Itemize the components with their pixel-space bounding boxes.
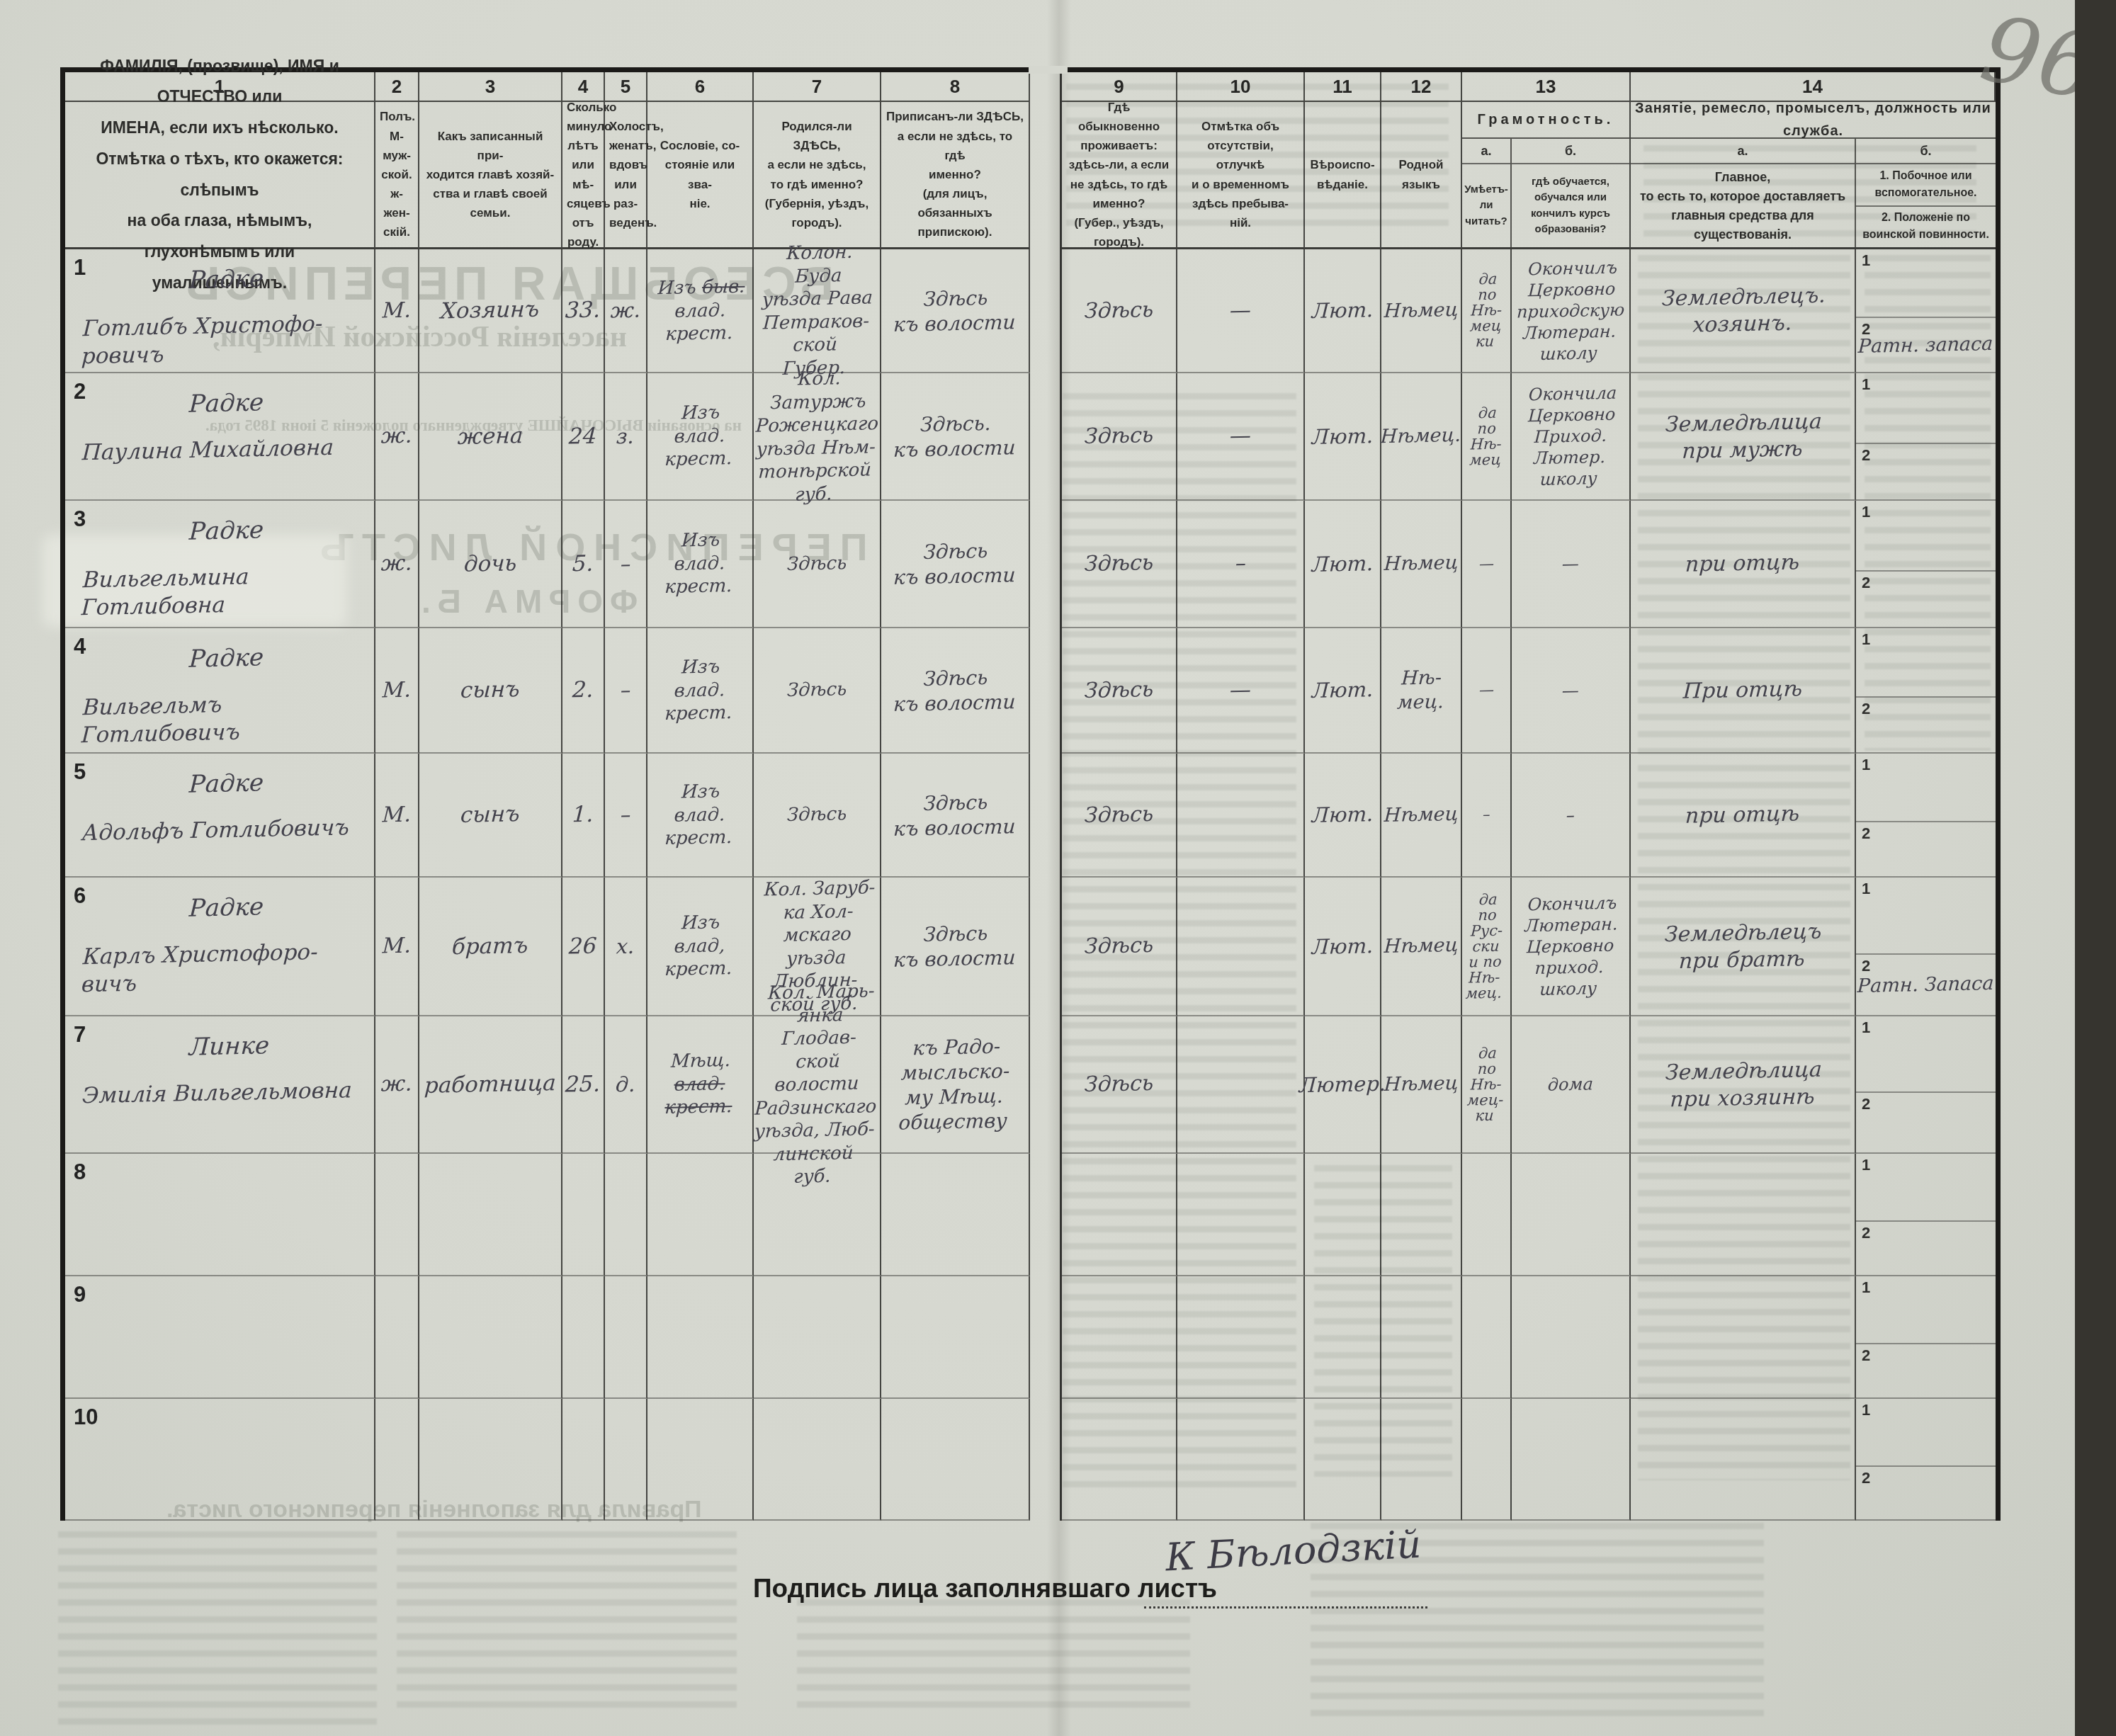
occupation-secondary-section: 1: [1856, 373, 1996, 444]
occupation-main-value: при отцѣ: [1685, 550, 1800, 579]
cell-language: [1381, 1154, 1462, 1276]
estate-value: Изъ влад. крест.: [664, 528, 735, 599]
cell-residence: Здѣсь: [1062, 878, 1177, 1016]
residence-value: Здѣсь: [1084, 801, 1154, 829]
cell-registered: Здѣсь. къ волости: [881, 373, 1030, 501]
relation-value: дочь: [463, 550, 517, 578]
cell-literacy-reads: —: [1462, 501, 1512, 628]
cell-literacy-reads: —: [1462, 628, 1512, 754]
census-row-5: 5РадкеАдольфъ ГотлибовичъМ.сынъ1.–Изъ вл…: [65, 754, 1996, 878]
cell-residence: Здѣсь: [1062, 501, 1177, 628]
signature-label: Подпись лица заполнявшаго листъ: [753, 1574, 1217, 1604]
relation-value: сынъ: [460, 800, 521, 829]
cell-occupation-secondary: 12: [1856, 1016, 1996, 1154]
age-value: 26: [568, 932, 597, 960]
cell-literacy-reads: [1462, 1399, 1512, 1521]
cell-occupation-secondary: 12Ратн. запаса: [1856, 249, 1996, 373]
military-status-section: 2: [1856, 444, 1996, 501]
cell-birthplace: Колон. Буда уѣзда Рава Петраков- ской Гу…: [754, 249, 881, 373]
literacy-reads-value: —: [1478, 556, 1494, 572]
cell-religion: [1305, 1399, 1381, 1521]
col-number-3: 3: [419, 72, 562, 102]
cell-absence: —: [1177, 628, 1305, 754]
surname-value: Радке: [188, 513, 368, 547]
section-2-number: 2: [1862, 1224, 1870, 1242]
section-2-number: 2: [1862, 700, 1870, 718]
cell-occupation-secondary: 12: [1856, 501, 1996, 628]
cell-occupation-main: Земледѣлецъ. хозяинъ.: [1631, 249, 1856, 373]
header-estate: Сословіе, со- стояніе или зва- ніе.: [647, 102, 754, 249]
header-literacy-title: Грамотность.: [1462, 102, 1629, 139]
header-occupation-b: б. 1. Побочное или вспомогательное. 2. П…: [1856, 139, 1996, 247]
cell-literacy-school: Окончилъ Лютеран. Церковно приход. школу: [1512, 878, 1631, 1016]
cell-name: 10: [65, 1399, 375, 1521]
cell-sex: М.: [375, 754, 419, 878]
fold-gap: [1030, 1399, 1062, 1521]
age-value: 1.: [572, 801, 594, 829]
military-status-section: 2: [1856, 822, 1996, 878]
military-status-section: 2: [1856, 1093, 1996, 1154]
religion-value: Лют.: [1311, 550, 1374, 577]
census-row-10: 1012: [65, 1399, 1996, 1521]
marital-value: х.: [616, 934, 635, 960]
sex-value: ж.: [380, 1071, 412, 1098]
language-value: Нѣ- мец.: [1396, 666, 1445, 715]
cell-residence: Здѣсь: [1062, 628, 1177, 754]
section-2-number: 2: [1862, 824, 1870, 843]
cell-language: Нѣмец.: [1381, 373, 1462, 501]
birthplace-value: Здѣсь: [786, 552, 847, 576]
relation-value: работница: [424, 1070, 557, 1100]
cell-registered: Здѣсь къ волости: [881, 501, 1030, 628]
cell-absence: [1177, 1276, 1305, 1399]
row-number: 6: [74, 883, 86, 909]
given-name-value: Готлибъ Христофо- ровичъ: [81, 309, 368, 370]
cell-age: 5.: [562, 501, 605, 628]
cell-literacy-school: —: [1512, 628, 1631, 754]
census-row-3: 3РадкеВильгельмина Готлибовнаж.дочь5.–Из…: [65, 501, 1996, 628]
bleedthrough-paragraphs: [58, 1531, 377, 1726]
header-surname: ФАМИЛІЯ, (прозвище), ИМЯ и ОТЧЕСТВО или …: [65, 102, 375, 249]
fold-gap: [1030, 249, 1062, 373]
given-name-value: Паулина Михайловна: [81, 433, 368, 466]
fold-gap: [1030, 373, 1062, 501]
row-number: 9: [74, 1282, 86, 1307]
cell-registered: къ Радо- мысльско- му Мѣщ. обществу: [881, 1016, 1030, 1154]
cell-residence: Здѣсь: [1062, 754, 1177, 878]
census-row-4: 4РадкеВильгельмъ ГотлибовичъМ.сынъ2.–Изъ…: [65, 628, 1996, 754]
sex-value: ж.: [380, 550, 412, 577]
column-header-row: ФАМИЛІЯ, (прозвище), ИМЯ и ОТЧЕСТВО или …: [65, 102, 1996, 249]
cell-registered: [881, 1276, 1030, 1399]
cell-religion: Лютер.: [1305, 1016, 1381, 1154]
cell-marital: –: [605, 628, 647, 754]
cell-sex: М.: [375, 878, 419, 1016]
military-status-section: 2: [1856, 1344, 1996, 1399]
header-language: Родной языкъ: [1381, 102, 1462, 249]
occupation-secondary-section: 1: [1856, 501, 1996, 572]
cell-literacy-school: [1512, 1276, 1631, 1399]
cell-occupation-main: при отцѣ: [1631, 754, 1856, 878]
sex-value: М.: [382, 801, 412, 828]
estate-value: Изъ влад, крест.: [664, 911, 735, 982]
section-2-number: 2: [1862, 957, 1870, 975]
row-number: 3: [74, 506, 86, 532]
cell-language: Нѣ- мец.: [1381, 628, 1462, 754]
absence-value: —: [1229, 423, 1252, 450]
cell-name: 7ЛинкеЭмилія Вильгельмовна: [65, 1016, 375, 1154]
cell-birthplace: Кол. Марь- янка Глодав- ской волости Рад…: [754, 1016, 881, 1154]
birthplace-value: Здѣсь: [786, 678, 847, 702]
cell-occupation-main: Земледѣлица при хозяинѣ: [1631, 1016, 1856, 1154]
estate-value: Изъ быв. влад. крест.: [655, 275, 745, 346]
cell-birthplace: [754, 1399, 881, 1521]
cell-religion: Лют.: [1305, 373, 1381, 501]
scanned-census-sheet: ВСЕОБЩАЯ ПЕРЕПИСЬ населенія Россійской И…: [0, 0, 2116, 1736]
row-number: 7: [74, 1022, 86, 1048]
occupation-secondary-section: 1: [1856, 1399, 1996, 1467]
bleedthrough-paragraphs: [797, 1599, 1190, 1716]
cell-literacy-reads: да по Нѣ- мец- ки: [1462, 1016, 1512, 1154]
col-number-2: 2: [375, 72, 419, 102]
header-literacy: Грамотность. а. Умѣетъ- ли читать? б. гд…: [1462, 102, 1631, 249]
section-2-number: 2: [1862, 446, 1870, 465]
estate-text: Изъ: [657, 277, 702, 299]
header-religion: Вѣроиспо- вѣданіе.: [1305, 102, 1381, 249]
cell-literacy-school: —: [1512, 501, 1631, 628]
occupation-secondary-section: 1: [1856, 1276, 1996, 1344]
marital-value: д.: [615, 1072, 635, 1098]
header-registered: Приписанъ-ли ЗДѢСЬ, а если не здѣсь, то …: [881, 102, 1030, 249]
surname-value: Радке: [188, 261, 368, 295]
cell-absence: [1177, 878, 1305, 1016]
section-2-number: 2: [1862, 1095, 1870, 1113]
relation-value: Хозяинъ: [440, 296, 540, 326]
language-value: Нѣмец: [1384, 934, 1459, 959]
literacy-school-value: –: [1566, 804, 1575, 825]
cell-religion: [1305, 1276, 1381, 1399]
section-1-number: 1: [1862, 375, 1870, 394]
given-name-value: Адольфъ Готлибовичъ: [81, 813, 368, 846]
registered-value: Здѣсь къ волости: [893, 664, 1017, 717]
cell-absence: [1177, 754, 1305, 878]
residence-value: Здѣсь: [1084, 422, 1154, 450]
cell-language: Нѣмец: [1381, 878, 1462, 1016]
col-number-6: 6: [647, 72, 754, 102]
cell-absence: [1177, 1399, 1305, 1521]
section-2-number: 2: [1862, 1469, 1870, 1487]
cell-occupation-secondary: 12: [1856, 628, 1996, 754]
row-number: 5: [74, 759, 86, 785]
cell-marital: ж.: [605, 249, 647, 373]
header-literacy-b: б. гдѣ обучается, обучался или кончилъ к…: [1512, 139, 1629, 247]
literacy-reads-value: да по Рус- ски и по Нѣ- мец.: [1466, 891, 1507, 1002]
estate-text: Мѣщ.: [671, 1050, 731, 1072]
cell-relation: [419, 1276, 562, 1399]
section-1-number: 1: [1862, 503, 1870, 521]
language-value: Нѣмец: [1384, 802, 1459, 828]
cell-literacy-reads: да по Рус- ски и по Нѣ- мец.: [1462, 878, 1512, 1016]
cell-name: 8: [65, 1154, 375, 1276]
given-name-value: Карлъ Христофоро- вичъ: [81, 937, 368, 998]
row-number: 2: [74, 379, 86, 404]
cell-sex: ж.: [375, 373, 419, 501]
religion-value: Лют.: [1311, 801, 1374, 828]
header-age: Сколько минуло лѣтъ или мѣ- сяцевъ отъ р…: [562, 102, 605, 249]
sex-value: ж.: [380, 423, 412, 450]
relation-value: сынъ: [460, 676, 521, 705]
cell-absence: —: [1177, 373, 1305, 501]
relation-value: жена: [457, 422, 524, 451]
cell-estate: Изъ влад. крест.: [647, 501, 754, 628]
cell-sex: М.: [375, 249, 419, 373]
cell-marital: д.: [605, 1016, 647, 1154]
literacy-reads-value: да по Нѣ- мец- ки: [1466, 1045, 1507, 1123]
occupation-main-value: Земледѣлецъ. хозяинъ.: [1660, 283, 1826, 339]
residence-value: Здѣсь: [1084, 297, 1154, 325]
cell-marital: з.: [605, 373, 647, 501]
cell-sex: [375, 1399, 419, 1521]
cell-relation: жена: [419, 373, 562, 501]
cell-residence: Здѣсь: [1062, 1016, 1177, 1154]
cell-marital: [605, 1276, 647, 1399]
header-literacy-a: а. Умѣетъ- ли читать?: [1462, 139, 1512, 247]
census-row-7: 7ЛинкеЭмилія Вильгельмовнаж.работница25.…: [65, 1016, 1996, 1154]
cell-occupation-main: Земледѣлица при мужѣ: [1631, 373, 1856, 501]
cell-relation: братъ: [419, 878, 562, 1016]
cell-occupation-main: При отцѣ: [1631, 628, 1856, 754]
occupation-secondary-section: 1: [1856, 628, 1996, 698]
row-number: 8: [74, 1159, 86, 1185]
cell-occupation-secondary: 12: [1856, 754, 1996, 878]
absence-value: –: [1235, 550, 1247, 577]
estate-value: Изъ влад. крест.: [664, 780, 735, 851]
fold-gap: [1030, 1154, 1062, 1276]
registered-value: къ Радо- мысльско- му Мѣщ. обществу: [898, 1033, 1012, 1135]
surname-value: Радке: [188, 890, 368, 924]
estate-text: Изъ влад. крест.: [664, 781, 732, 849]
military-status-section: 2: [1856, 1222, 1996, 1276]
cell-occupation-secondary: 12: [1856, 373, 1996, 501]
cell-literacy-reads: [1462, 1276, 1512, 1399]
fold-gap: [1030, 628, 1062, 754]
given-name-value: Вильгельмъ Готлибовичъ: [81, 688, 368, 749]
cell-age: 24: [562, 373, 605, 501]
surname-value: Радке: [188, 385, 368, 419]
residence-value: Здѣсь: [1084, 932, 1154, 960]
cell-literacy-reads: –: [1462, 754, 1512, 878]
residence-value: Здѣсь: [1084, 676, 1154, 705]
cell-religion: Лют.: [1305, 878, 1381, 1016]
cell-residence: [1062, 1399, 1177, 1521]
cell-literacy-school: Окончила Церковно Приход. Лютер. школу: [1512, 373, 1631, 501]
marital-value: –: [620, 677, 631, 703]
occupation-secondary-section: 1: [1856, 878, 1996, 955]
section-1-number: 1: [1862, 1401, 1870, 1419]
cell-relation: [419, 1154, 562, 1276]
occupation-secondary-section: 1: [1856, 754, 1996, 822]
cell-relation: сынъ: [419, 754, 562, 878]
age-value: 24: [568, 422, 597, 450]
language-value: Нѣмец: [1384, 551, 1459, 577]
cell-relation: работница: [419, 1016, 562, 1154]
literacy-school-value: Окончилъ Церковно приходскую Лютеран. шк…: [1514, 256, 1627, 365]
cell-language: Нѣмец: [1381, 754, 1462, 878]
cell-sex: М.: [375, 628, 419, 754]
cell-occupation-main: [1631, 1276, 1856, 1399]
scanner-edge: [2075, 0, 2116, 1736]
estate-value: Мѣщ. влад. крест.: [664, 1049, 735, 1120]
sex-value: М.: [382, 933, 412, 960]
cell-birthplace: Здѣсь: [754, 754, 881, 878]
fold-gap: [1030, 501, 1062, 628]
cell-estate: Изъ быв. влад. крест.: [647, 249, 754, 373]
religion-value: Лют.: [1311, 933, 1374, 960]
age-value: 5.: [572, 550, 594, 577]
cell-name: 5РадкеАдольфъ Готлибовичъ: [65, 754, 375, 878]
cell-literacy-school: –: [1512, 754, 1631, 878]
language-value: Нѣмец: [1384, 1072, 1459, 1097]
absence-value: —: [1229, 676, 1252, 703]
fold-break: [1029, 66, 1068, 74]
header-relation: Какъ записанный при- ходится главѣ хозяй…: [419, 102, 562, 249]
cell-registered: Здѣсь къ волости: [881, 878, 1030, 1016]
literacy-reads-value: —: [1478, 682, 1494, 698]
row-number: 4: [74, 634, 86, 659]
cell-birthplace: Здѣсь: [754, 628, 881, 754]
cell-marital: [605, 1399, 647, 1521]
cell-relation: [419, 1399, 562, 1521]
census-row-8: 812: [65, 1154, 1996, 1276]
cell-marital: –: [605, 754, 647, 878]
birthplace-value: Кол. Затуржъ Роженцкаго уѣзда Нѣм- тонѣр…: [752, 366, 882, 507]
religion-value: Лютер.: [1299, 1071, 1386, 1099]
col-number-5: 5: [605, 72, 647, 102]
cell-relation: дочь: [419, 501, 562, 628]
fold-gap: [1030, 72, 1062, 102]
census-row-6: 6РадкеКарлъ Христофоро- вичъМ.братъ26х.И…: [65, 878, 1996, 1016]
cell-name: 1РадкеГотлибъ Христофо- ровичъ: [65, 249, 375, 373]
fold-gap: [1030, 1276, 1062, 1399]
header-sex: Полъ. М-муж- ской. ж-жен- скій.: [375, 102, 419, 249]
cell-registered: Здѣсь къ волости: [881, 628, 1030, 754]
estate-struck-text: быв.: [701, 276, 745, 297]
census-row-2: 2РадкеПаулина Михайловнаж.жена24з.Изъ вл…: [65, 373, 1996, 501]
cell-literacy-school: [1512, 1399, 1631, 1521]
cell-literacy-school: дома: [1512, 1016, 1631, 1154]
census-row-9: 912: [65, 1276, 1996, 1399]
literacy-reads-value: да по Нѣ- мец: [1469, 404, 1504, 467]
sex-value: М.: [382, 676, 412, 703]
cell-registered: Здѣсь къ волости: [881, 249, 1030, 373]
marital-value: –: [620, 551, 631, 577]
birthplace-value: Здѣсь: [786, 802, 847, 827]
cell-marital: –: [605, 501, 647, 628]
section-1-number: 1: [1862, 251, 1870, 270]
cell-absence: —: [1177, 249, 1305, 373]
religion-value: Лют.: [1311, 423, 1374, 450]
religion-value: Лют.: [1311, 676, 1374, 703]
age-value: 25.: [565, 1070, 601, 1099]
cell-marital: х.: [605, 878, 647, 1016]
cell-religion: Лют.: [1305, 628, 1381, 754]
col-number-8: 8: [881, 72, 1030, 102]
bleedthrough-paragraphs: [397, 1531, 737, 1708]
literacy-reads-value: да по Нѣ- мец ки: [1469, 271, 1504, 350]
registered-value: Здѣсь къ волости: [893, 789, 1017, 841]
cell-language: Нѣмец: [1381, 249, 1462, 373]
header-occupation: Занятіе, ремесло, промыселъ, должность и…: [1631, 102, 1996, 249]
cell-name: 6РадкеКарлъ Христофоро- вичъ: [65, 878, 375, 1016]
cell-residence: [1062, 1154, 1177, 1276]
col-number-10: 10: [1177, 72, 1305, 102]
header-residence: Гдѣ обыкновенно проживаетъ: здѣсь-ли, а …: [1062, 102, 1177, 249]
cell-occupation-main: Земледѣлецъ при братѣ: [1631, 878, 1856, 1016]
cell-literacy-school: [1512, 1154, 1631, 1276]
surname-value: Линке: [188, 1028, 368, 1062]
header-marital: Холостъ, женатъ, вдовъ или раз- веденъ.: [605, 102, 647, 249]
occupation-main-value: при отцѣ: [1685, 800, 1800, 829]
military-status-value: Ратн. запаса: [1858, 332, 1994, 359]
residence-value: Здѣсь: [1084, 550, 1154, 578]
age-value: 2.: [572, 676, 594, 704]
cell-birthplace: Кол. Затуржъ Роженцкаго уѣзда Нѣм- тонѣр…: [754, 373, 881, 501]
occupation-secondary-section: 1: [1856, 1154, 1996, 1222]
fold-gap: [1030, 1016, 1062, 1154]
language-value: Нѣмец: [1384, 298, 1459, 324]
cell-sex: [375, 1154, 419, 1276]
cell-residence: Здѣсь: [1062, 373, 1177, 501]
col-number-12: 12: [1381, 72, 1462, 102]
cell-estate: [647, 1154, 754, 1276]
cell-name: 9: [65, 1276, 375, 1399]
section-1-number: 1: [1862, 1278, 1870, 1297]
col-number-11: 11: [1305, 72, 1381, 102]
signature-line: [1144, 1606, 1427, 1609]
occupation-main-value: При отцѣ: [1682, 676, 1803, 705]
occupation-main-value: Земледѣлица при хозяинѣ: [1663, 1056, 1823, 1113]
header-occupation-title: Занятіе, ремесло, промыселъ, должность и…: [1631, 102, 1996, 139]
fold-gap: [1030, 878, 1062, 1016]
absence-value: —: [1229, 297, 1252, 324]
cell-registered: [881, 1399, 1030, 1521]
cell-religion: Лют.: [1305, 754, 1381, 878]
occupation-main-value: Земледѣлица при мужѣ: [1663, 408, 1823, 465]
cell-language: Нѣмец: [1381, 501, 1462, 628]
literacy-reads-value: –: [1482, 807, 1490, 822]
estate-text: Изъ влад. крест.: [664, 402, 732, 471]
header-absence: Отмѣтка объ отсутствіи, отлучкѣ и о врем…: [1177, 102, 1305, 249]
section-2-number: 2: [1862, 1346, 1870, 1365]
cell-age: 33.: [562, 249, 605, 373]
estate-text: Изъ влад. крест.: [664, 530, 732, 598]
cell-estate: Изъ влад. крест.: [647, 373, 754, 501]
cell-language: [1381, 1276, 1462, 1399]
cell-estate: [647, 1276, 754, 1399]
cell-occupation-secondary: 12: [1856, 1154, 1996, 1276]
birthplace-value: Колон. Буда уѣзда Рава Петраков- ской Гу…: [757, 240, 876, 381]
marital-value: –: [620, 802, 631, 828]
literacy-school-value: —: [1561, 553, 1579, 575]
cell-residence: [1062, 1276, 1177, 1399]
section-1-number: 1: [1862, 756, 1870, 774]
cell-literacy-reads: [1462, 1154, 1512, 1276]
registered-value: Здѣсь. къ волости: [893, 410, 1017, 463]
literacy-school-value: дома: [1547, 1073, 1593, 1095]
cell-estate: Изъ влад. крест.: [647, 628, 754, 754]
relation-value: братъ: [451, 931, 528, 960]
section-1-number: 1: [1862, 880, 1870, 898]
